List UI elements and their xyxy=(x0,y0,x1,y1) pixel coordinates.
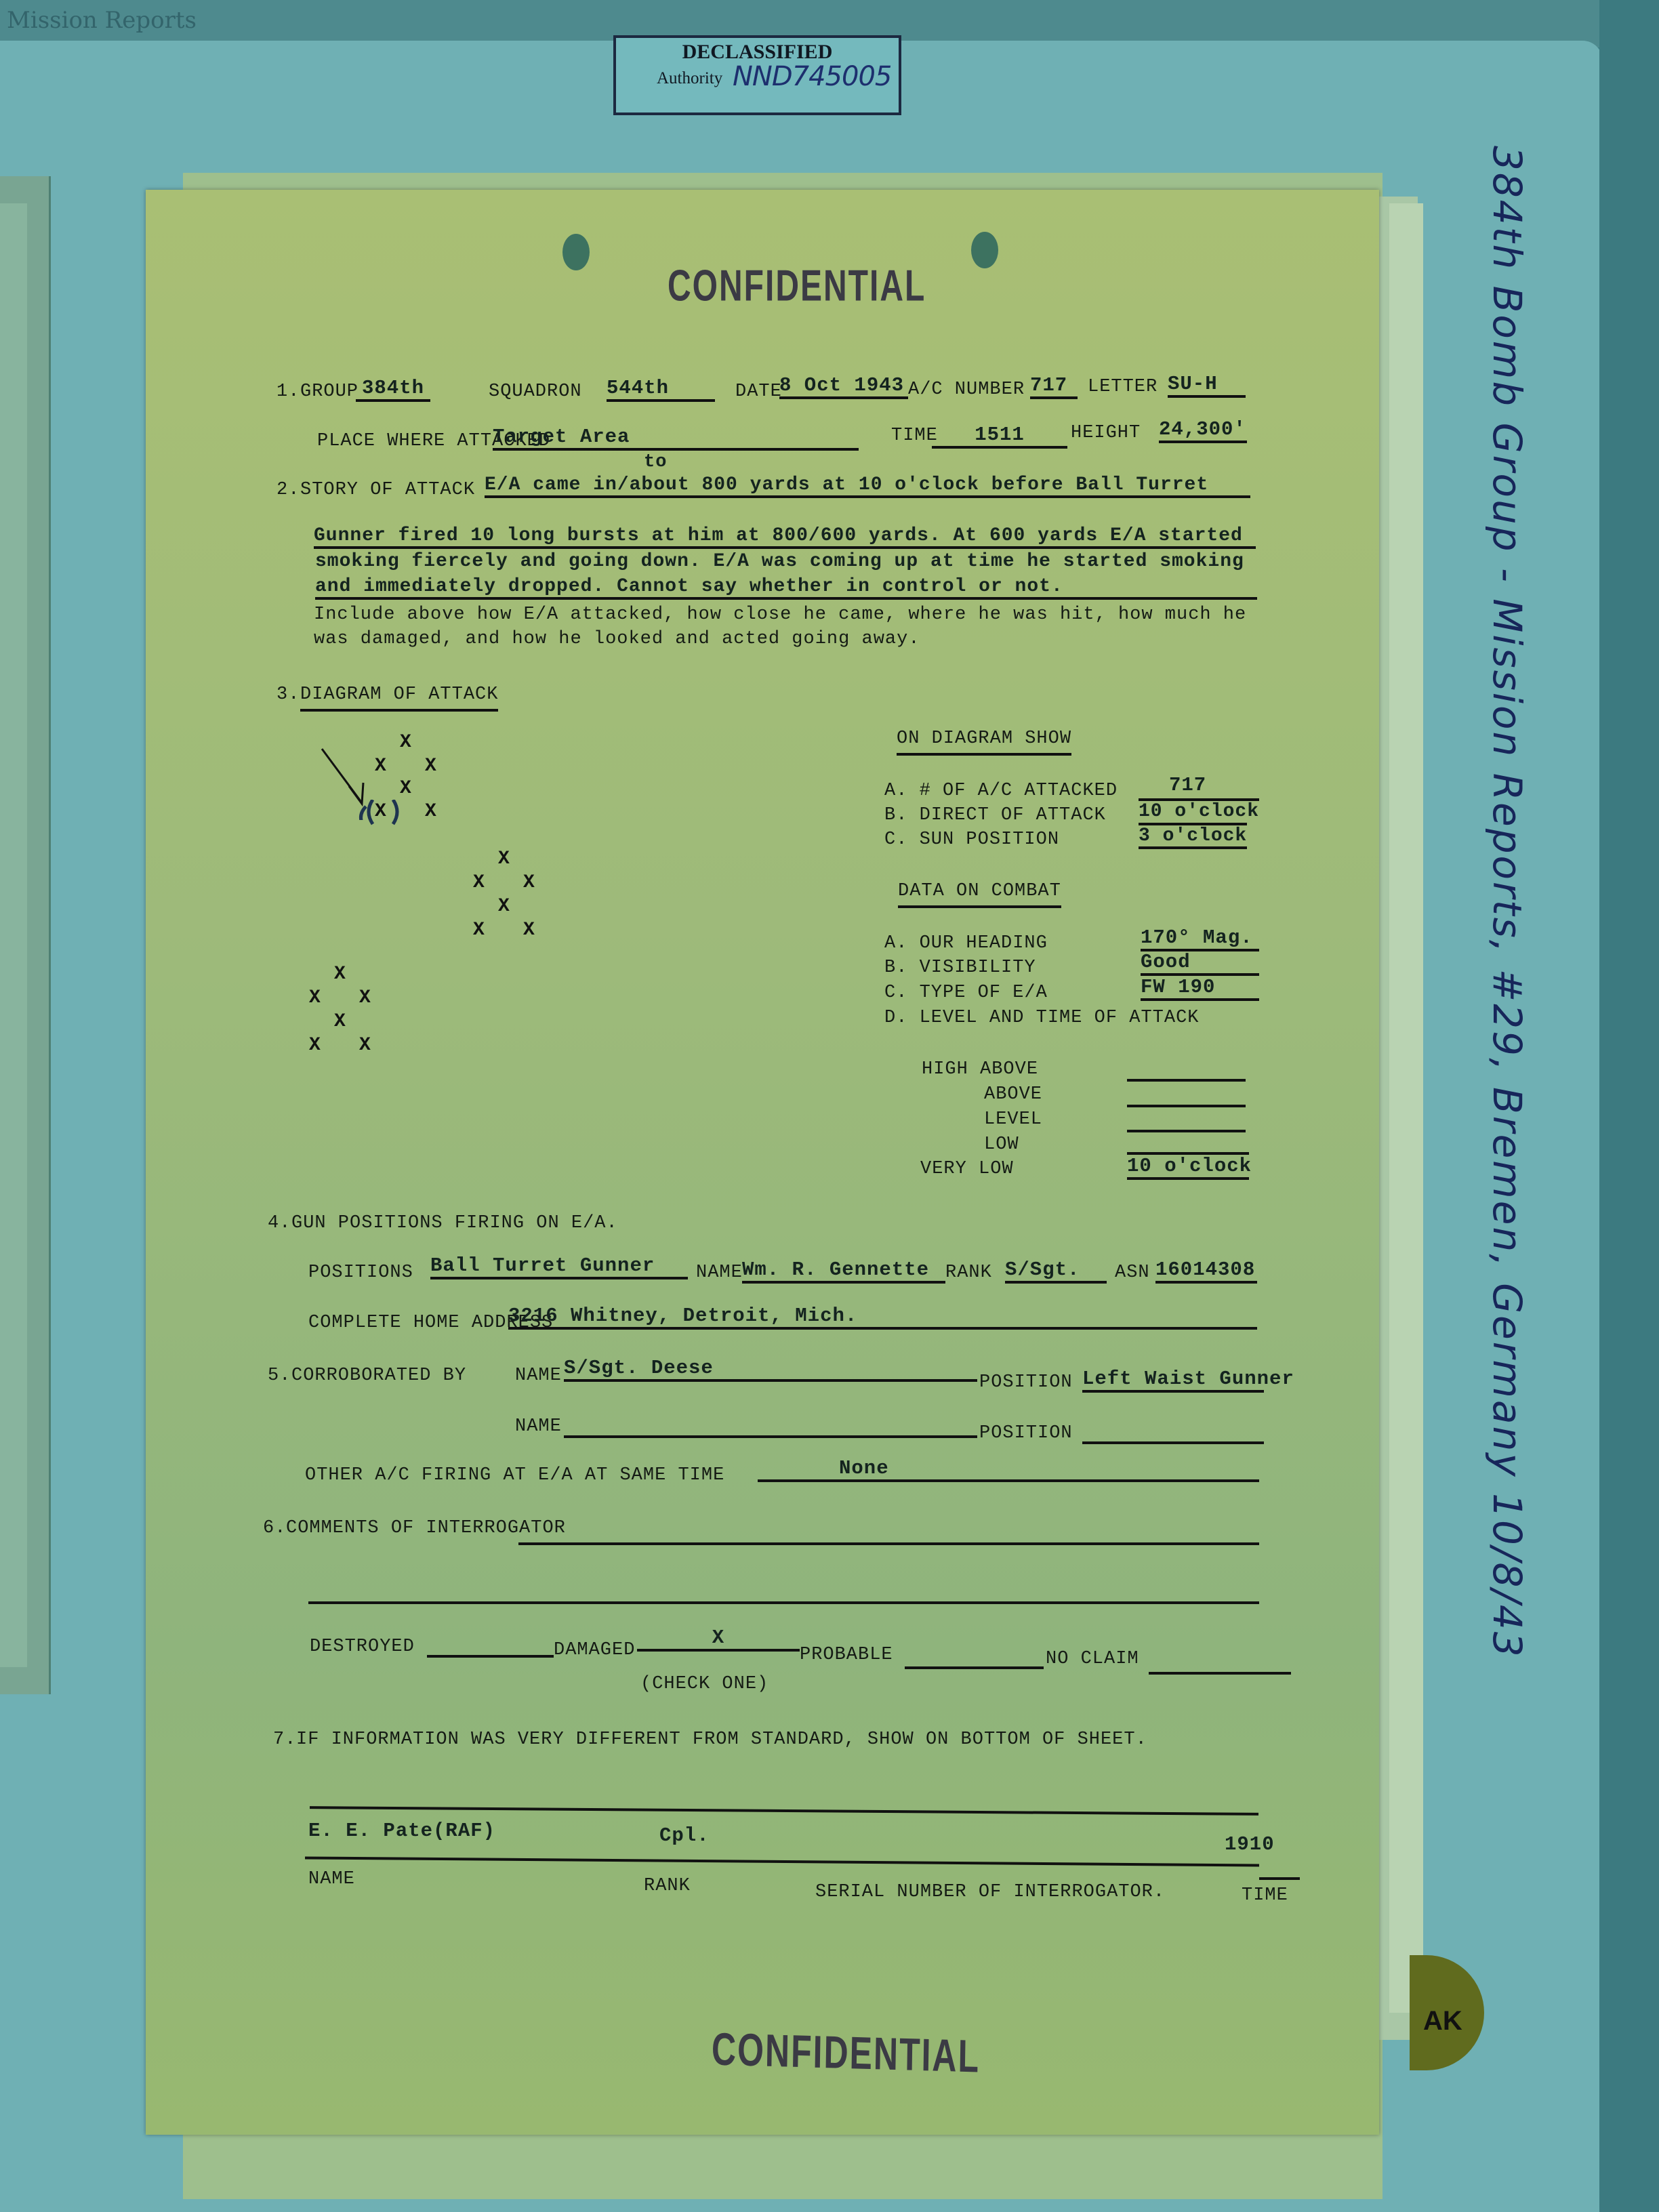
folder-edge-shadow xyxy=(1599,0,1659,2212)
low-label: LOW xyxy=(984,1134,1019,1155)
level-field[interactable] xyxy=(1127,1109,1246,1132)
time-line xyxy=(1259,1877,1300,1880)
above-field[interactable] xyxy=(1127,1084,1246,1107)
height-label: HEIGHT xyxy=(1071,423,1141,443)
adjacent-document-stack-inner xyxy=(0,203,27,1667)
formation-aircraft-marker: X xyxy=(523,920,535,941)
story-instructions: was damaged, and how he looked and acted… xyxy=(314,629,920,649)
ac-attacked-field[interactable]: 717 xyxy=(1169,774,1206,796)
time-label: TIME xyxy=(891,426,938,446)
section7-number: 7. xyxy=(273,1729,296,1750)
story-instructions: Include above how E/A attacked, how clos… xyxy=(314,605,1246,625)
visibility-label: B. VISIBILITY xyxy=(884,958,1036,978)
direction-of-attack-field[interactable]: 10 o'clock xyxy=(1139,798,1259,822)
place-attacked-field[interactable]: Target Area xyxy=(493,426,859,451)
formation-aircraft-marker: X xyxy=(334,964,346,985)
corroborator-name-field[interactable]: S/Sgt. Deese xyxy=(564,1357,977,1382)
level-label: LEVEL xyxy=(984,1109,1042,1130)
our-heading-label: A. OUR HEADING xyxy=(884,933,1048,954)
damaged-field[interactable]: X xyxy=(637,1626,800,1652)
corroborator-name-label: NAME xyxy=(515,1416,562,1437)
sun-position-field[interactable]: 3 o'clock xyxy=(1139,823,1247,849)
corroborated-by-label: CORROBORATED BY xyxy=(291,1366,466,1386)
asn-field[interactable]: 16014308 xyxy=(1155,1258,1257,1284)
level-time-label: D. LEVEL AND TIME OF ATTACK xyxy=(884,1008,1199,1028)
formation-aircraft-marker: X xyxy=(425,801,436,822)
interrogator-rank-field[interactable]: Cpl. xyxy=(659,1824,710,1847)
ac-number-label: A/C NUMBER xyxy=(908,380,1025,400)
confidential-stamp-top: CONFIDENTIAL xyxy=(668,261,926,311)
serial-number-label: SERIAL NUMBER OF INTERROGATOR. xyxy=(815,1882,1165,1902)
other-ac-field[interactable]: None xyxy=(758,1457,1259,1482)
punch-hole xyxy=(562,234,590,270)
section3-number: 3. xyxy=(276,684,300,705)
interrogation-form-page: CONFIDENTIAL 1. GROUP 384th SQUADRON 544… xyxy=(146,190,1379,2135)
formation-aircraft-marker: X xyxy=(359,987,371,1008)
section2-number: 2. xyxy=(276,480,300,500)
story-insert-to: to xyxy=(644,452,667,472)
corroborator-name-label: NAME xyxy=(515,1366,562,1386)
formation-aircraft-marker: X xyxy=(334,1011,346,1032)
interrogation-time-field[interactable]: 1910 xyxy=(1225,1833,1275,1856)
rank-label: RANK xyxy=(945,1263,992,1283)
formation-aircraft-marker: X xyxy=(523,872,535,893)
signature-line xyxy=(305,1856,1259,1866)
type-of-ea-field[interactable]: FW 190 xyxy=(1141,976,1259,1001)
comments-field[interactable] xyxy=(518,1519,1259,1545)
high-above-label: HIGH ABOVE xyxy=(922,1059,1038,1080)
formation-aircraft-marker: X xyxy=(359,1035,371,1056)
destroyed-field[interactable] xyxy=(427,1632,554,1658)
interrogator-name-label: NAME xyxy=(308,1869,355,1889)
corroborator-name-field[interactable] xyxy=(564,1414,977,1438)
probable-label: PROBABLE xyxy=(800,1645,893,1665)
no-claim-field[interactable] xyxy=(1149,1649,1291,1675)
corroborator-position-label: POSITION xyxy=(979,1423,1073,1443)
comments-field-line[interactable] xyxy=(308,1601,1259,1604)
ac-attacked-label: A. # OF A/C ATTACKED xyxy=(884,781,1118,801)
very-low-label: VERY LOW xyxy=(920,1159,1014,1179)
formation-aircraft-marker: X xyxy=(400,778,411,799)
time-label-bottom: TIME xyxy=(1242,1885,1288,1906)
no-claim-label: NO CLAIM xyxy=(1046,1649,1139,1669)
positions-label: POSITIONS xyxy=(308,1263,413,1283)
visibility-field[interactable]: Good xyxy=(1141,951,1259,976)
folder-sticker-text: AK xyxy=(1423,2006,1462,2036)
confidential-stamp-bottom: CONFIDENTIAL xyxy=(711,2022,980,2083)
gun-positions-label: GUN POSITIONS FIRING ON E/A. xyxy=(291,1213,618,1233)
interrogator-rank-label: RANK xyxy=(644,1876,691,1896)
formation-aircraft-marker: X xyxy=(400,732,411,753)
group-label: GROUP xyxy=(300,382,359,402)
sun-position-label: C. SUN POSITION xyxy=(884,829,1059,850)
section4-number: 4. xyxy=(268,1213,291,1233)
formation-aircraft-marker: X xyxy=(498,896,510,917)
positions-field[interactable]: Ball Turret Gunner xyxy=(430,1254,688,1279)
story-label: STORY OF ATTACK xyxy=(300,480,475,500)
formation-aircraft-marker: X xyxy=(309,1035,321,1056)
gunner-name-field[interactable]: Wm. R. Gennette xyxy=(742,1258,945,1284)
check-one-note: (CHECK ONE) xyxy=(640,1674,769,1694)
asn-label: ASN xyxy=(1115,1263,1150,1283)
section5-number: 5. xyxy=(268,1366,291,1386)
formation-aircraft-marker: X xyxy=(473,872,485,893)
story-line: and immediately dropped. Cannot say whet… xyxy=(315,576,1257,600)
letter-field[interactable]: SU-H xyxy=(1168,373,1246,398)
punch-hole xyxy=(971,232,998,268)
letter-label: LETTER xyxy=(1088,377,1158,397)
story-line: Gunner fired 10 long bursts at him at 80… xyxy=(314,525,1256,549)
corroborator-position-label: POSITION xyxy=(979,1372,1073,1393)
declassified-stamp: DECLASSIFIED Authority NND745005 xyxy=(613,35,901,115)
time-field[interactable]: 1511 xyxy=(932,424,1067,449)
destroyed-label: DESTROYED xyxy=(310,1637,415,1657)
formation-aircraft-marker: X xyxy=(498,848,510,869)
authority-label: Authority xyxy=(657,69,722,88)
attacked-aircraft-marker: X xyxy=(375,801,386,822)
corroborator-position-field[interactable] xyxy=(1082,1420,1264,1444)
date-label: DATE xyxy=(735,382,782,402)
on-diagram-show-heading: ON DIAGRAM SHOW xyxy=(897,729,1071,756)
gunner-name-label: NAME xyxy=(696,1263,743,1283)
type-of-ea-label: C. TYPE OF E/A xyxy=(884,983,1048,1003)
very-low-field[interactable]: 10 o'clock xyxy=(1127,1152,1249,1180)
direction-of-attack-label: B. DIRECT OF ATTACK xyxy=(884,805,1106,825)
group-field[interactable]: 384th xyxy=(356,377,430,402)
formation-aircraft-marker: X xyxy=(473,920,485,941)
declassified-title: DECLASSIFIED xyxy=(616,41,899,64)
diagram-of-attack-label: DIAGRAM OF ATTACK xyxy=(300,684,498,712)
damaged-label: DAMAGED xyxy=(554,1640,635,1660)
home-address-field[interactable]: 3216 Whitney, Detroit, Mich. xyxy=(508,1305,1257,1330)
story-line: E/A came in/about 800 yards at 10 o'cloc… xyxy=(485,474,1250,498)
squadron-field[interactable]: 544th xyxy=(607,377,715,402)
bottom-sheet-line xyxy=(310,1806,1258,1816)
rank-field[interactable]: S/Sgt. xyxy=(1005,1258,1107,1284)
story-line: smoking fiercely and going down. E/A was… xyxy=(315,551,1244,572)
page-stack-edge-inner xyxy=(1389,203,1423,2013)
section6-number: 6. xyxy=(263,1518,286,1538)
interrogator-name-field[interactable]: E. E. Pate(RAF) xyxy=(308,1820,495,1842)
squadron-label: SQUADRON xyxy=(489,382,582,402)
formation-aircraft-marker: X xyxy=(425,756,436,777)
high-above-field[interactable] xyxy=(1127,1059,1246,1082)
data-on-combat-heading: DATA ON COMBAT xyxy=(898,881,1061,908)
above-label: ABOVE xyxy=(984,1084,1042,1105)
section7-instruction: IF INFORMATION WAS VERY DIFFERENT FROM S… xyxy=(296,1729,1147,1750)
other-ac-label: OTHER A/C FIRING AT E/A AT SAME TIME xyxy=(305,1465,724,1486)
height-field[interactable]: 24,300' xyxy=(1159,418,1247,443)
probable-field[interactable] xyxy=(905,1643,1044,1669)
section1-number: 1. xyxy=(276,382,300,402)
date-field[interactable]: 8 Oct 1943 xyxy=(779,374,908,399)
authority-value: NND745005 xyxy=(733,61,891,92)
formation-aircraft-marker: X xyxy=(309,987,321,1008)
ac-number-field[interactable]: 717 xyxy=(1030,374,1078,399)
formation-aircraft-marker: X xyxy=(375,756,386,777)
corroborator-position-field[interactable]: Left Waist Gunner xyxy=(1082,1368,1264,1393)
our-heading-field[interactable]: 170° Mag. xyxy=(1141,926,1259,951)
top-edge-text: Mission Reports xyxy=(7,7,197,34)
folder-handwritten-label: 384th Bomb Group - Mission Reports, #29,… xyxy=(1484,146,1530,1659)
